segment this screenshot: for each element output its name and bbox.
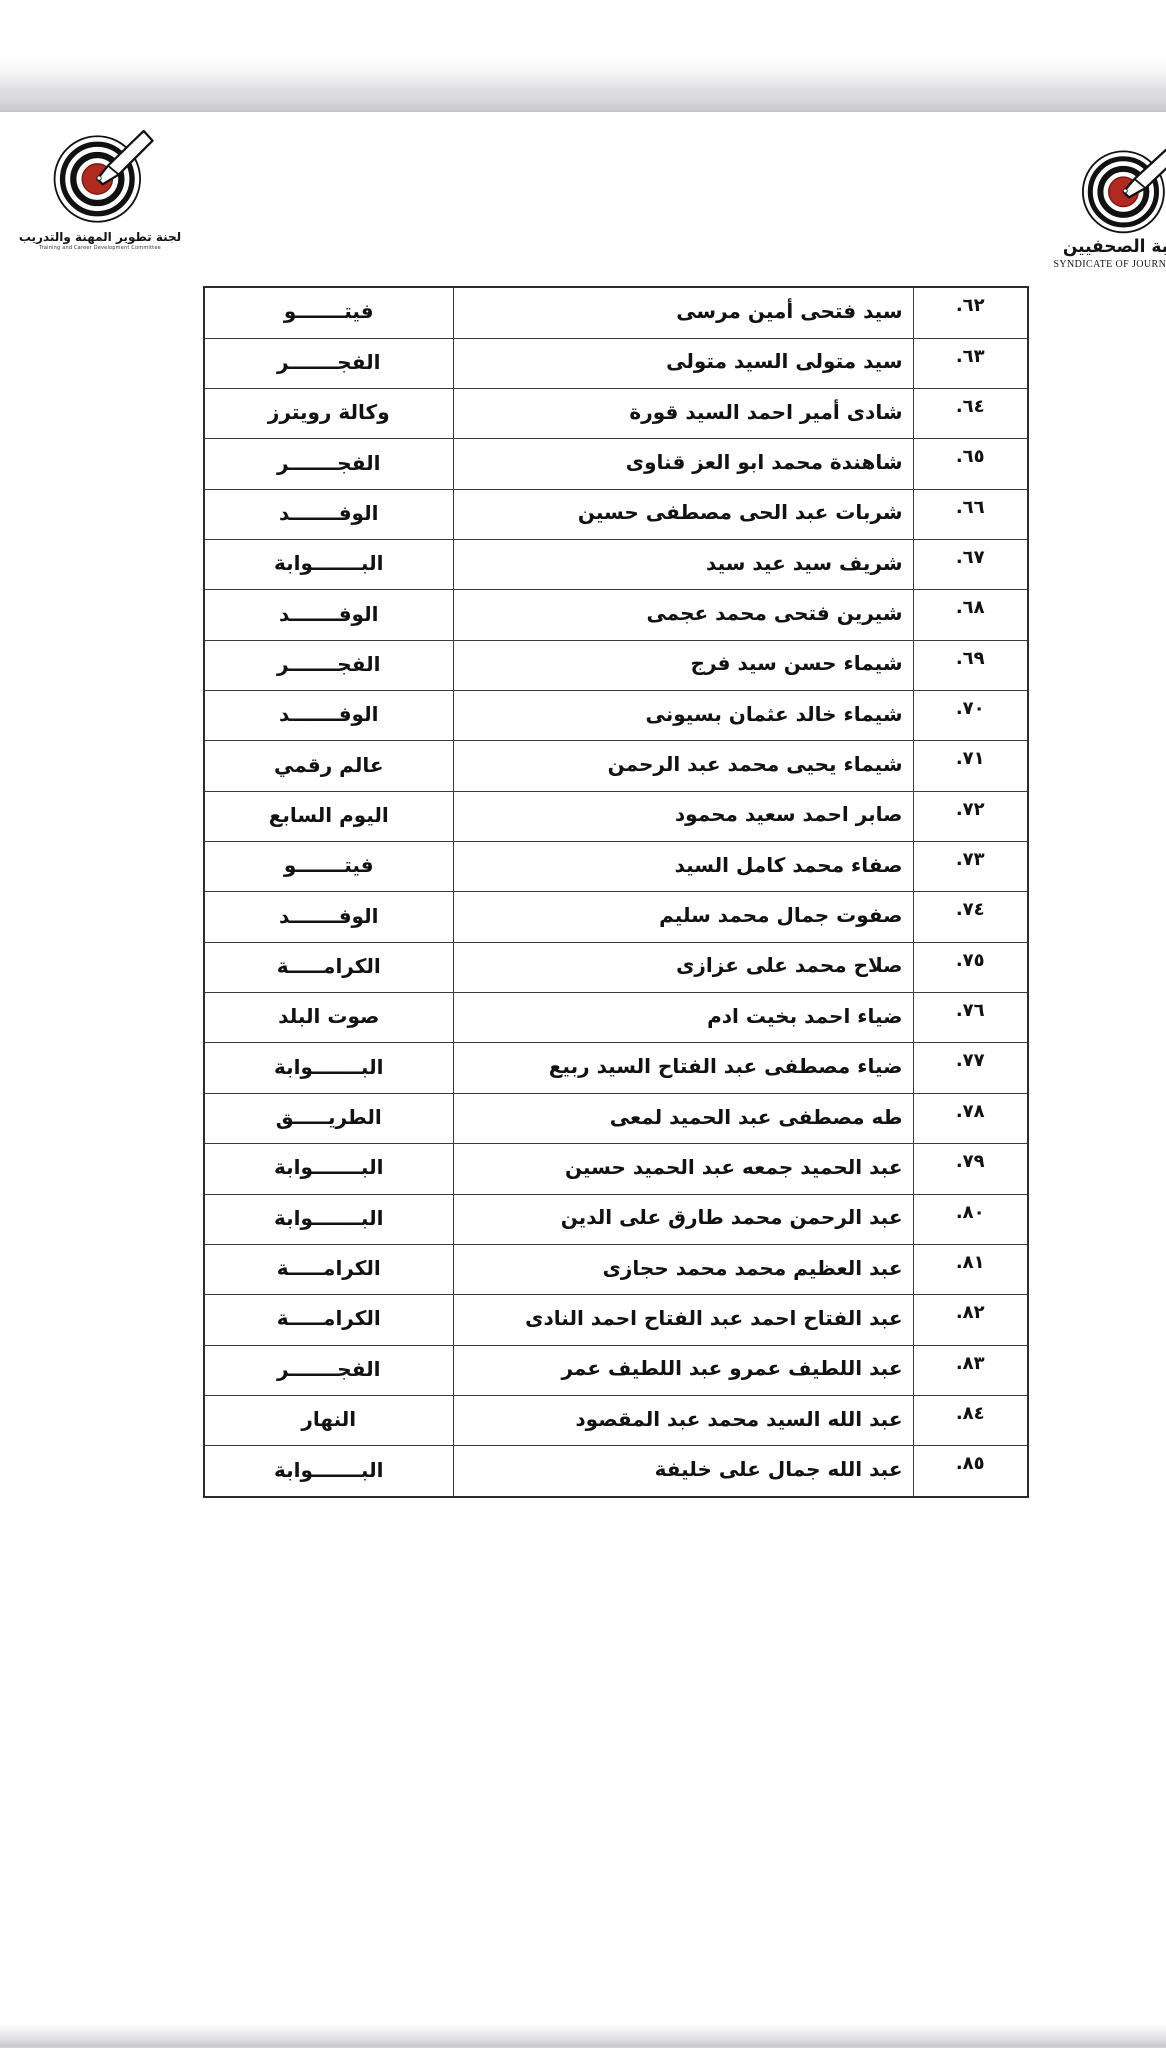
journalist-name: سيد فتحى أمين مرسى bbox=[453, 287, 913, 338]
journalist-name: صفوت جمال محمد سليم bbox=[453, 892, 913, 942]
table-row: ٦٢. سيد فتحى أمين مرسى فيتـــــــو bbox=[204, 287, 1028, 338]
outlet-name: الكرامـــــة bbox=[204, 1295, 453, 1345]
table-row: ٧٦. ضياء احمد بخيت ادم صوت البلد bbox=[204, 993, 1028, 1043]
table-row: ٧٧. ضياء مصطفى عبد الفتاح السيد ربيع الب… bbox=[204, 1043, 1028, 1093]
journalist-name: عبد اللطيف عمرو عبد اللطيف عمر bbox=[453, 1345, 913, 1395]
row-number: ٧٩. bbox=[913, 1144, 1028, 1194]
outlet-name: الكرامـــــة bbox=[204, 1244, 453, 1294]
outlet-name: الفجـــــــر bbox=[204, 439, 453, 489]
journalist-name: عبد الفتاح احمد عبد الفتاح احمد النادى bbox=[453, 1295, 913, 1345]
target-dart-icon bbox=[42, 130, 158, 228]
outlet-name: البـــــــوابة bbox=[204, 1144, 453, 1194]
journalist-name: صفاء محمد كامل السيد bbox=[453, 842, 913, 892]
row-number: ٧٠. bbox=[913, 691, 1028, 741]
journalist-name: شيرين فتحى محمد عجمى bbox=[453, 590, 913, 640]
journalist-name: شريف سيد عيد سيد bbox=[453, 540, 913, 590]
outlet-name: عالم رقمي bbox=[204, 741, 453, 791]
outlet-name: الوفـــــــد bbox=[204, 590, 453, 640]
row-number: ٦٧. bbox=[913, 540, 1028, 590]
table-row: ٧٩. عبد الحميد جمعه عبد الحميد حسين البـ… bbox=[204, 1144, 1028, 1194]
row-number: ٧١. bbox=[913, 741, 1028, 791]
row-number: ٦٦. bbox=[913, 489, 1028, 539]
outlet-name: البـــــــوابة bbox=[204, 1194, 453, 1244]
journalist-name: سيد متولى السيد متولى bbox=[453, 338, 913, 388]
row-number: ٦٨. bbox=[913, 590, 1028, 640]
journalist-name: صلاح محمد على عزازى bbox=[453, 942, 913, 992]
row-number: ٦٥. bbox=[913, 439, 1028, 489]
row-number: ٧٤. bbox=[913, 892, 1028, 942]
target-pen-icon bbox=[1068, 144, 1166, 236]
table-row: ٦٩. شيماء حسن سيد فرج الفجـــــــر bbox=[204, 640, 1028, 690]
row-number: ٨٠. bbox=[913, 1194, 1028, 1244]
row-number: ٧٨. bbox=[913, 1093, 1028, 1143]
row-number: ٨٣. bbox=[913, 1345, 1028, 1395]
outlet-name: الكرامـــــة bbox=[204, 942, 453, 992]
outlet-name: وكالة رويترز bbox=[204, 389, 453, 439]
table-row: ٨٢. عبد الفتاح احمد عبد الفتاح احمد النا… bbox=[204, 1295, 1028, 1345]
journalist-name: عبد العظيم محمد محمد حجازى bbox=[453, 1244, 913, 1294]
journalist-name: شادى أمير احمد السيد قورة bbox=[453, 389, 913, 439]
journalist-name: شيماء يحيى محمد عبد الرحمن bbox=[453, 741, 913, 791]
outlet-name: النهار bbox=[204, 1395, 453, 1445]
row-number: ٦٣. bbox=[913, 338, 1028, 388]
table-row: ٧١. شيماء يحيى محمد عبد الرحمن عالم رقمي bbox=[204, 741, 1028, 791]
syndicate-caption-arabic: نقابة الصحفيين bbox=[1040, 237, 1166, 258]
journalist-name: طه مصطفى عبد الحميد لمعى bbox=[453, 1093, 913, 1143]
outlet-name: فيتـــــــو bbox=[204, 842, 453, 892]
table-row: ٧٢. صابر احمد سعيد محمود اليوم السابع bbox=[204, 791, 1028, 841]
table-row: ٦٣. سيد متولى السيد متولى الفجـــــــر bbox=[204, 338, 1028, 388]
table-row: ٦٥. شاهندة محمد ابو العز قناوى الفجـــــ… bbox=[204, 439, 1028, 489]
journalist-name: شيماء حسن سيد فرج bbox=[453, 640, 913, 690]
outlet-name: الوفـــــــد bbox=[204, 892, 453, 942]
journalist-name: شربات عبد الحى مصطفى حسين bbox=[453, 489, 913, 539]
journalists-table: ٦٢. سيد فتحى أمين مرسى فيتـــــــو ٦٣. س… bbox=[203, 286, 1029, 1498]
row-number: ٧٢. bbox=[913, 791, 1028, 841]
outlet-name: البـــــــوابة bbox=[204, 1043, 453, 1093]
outlet-name: البـــــــوابة bbox=[204, 540, 453, 590]
outlet-name: الطريـــــق bbox=[204, 1093, 453, 1143]
journalist-name: عبد الرحمن محمد طارق على الدين bbox=[453, 1194, 913, 1244]
journalist-name: شيماء خالد عثمان بسيونى bbox=[453, 691, 913, 741]
table-row: ٦٦. شربات عبد الحى مصطفى حسين الوفــــــ… bbox=[204, 489, 1028, 539]
table-row: ٧٨. طه مصطفى عبد الحميد لمعى الطريـــــق bbox=[204, 1093, 1028, 1143]
document-page: لجنة تطوير المهنة والتدريب Training and … bbox=[0, 0, 1166, 2048]
row-number: ٧٥. bbox=[913, 942, 1028, 992]
table-row: ٨٠. عبد الرحمن محمد طارق على الدين البــ… bbox=[204, 1194, 1028, 1244]
table-row: ٦٧. شريف سيد عيد سيد البـــــــوابة bbox=[204, 540, 1028, 590]
journalist-name: عبد الله جمال على خليفة bbox=[453, 1446, 913, 1497]
table-row: ٨٣. عبد اللطيف عمرو عبد اللطيف عمر الفجـ… bbox=[204, 1345, 1028, 1395]
outlet-name: فيتـــــــو bbox=[204, 287, 453, 338]
table-row: ٧٠. شيماء خالد عثمان بسيونى الوفـــــــد bbox=[204, 691, 1028, 741]
journalist-name: عبد الله السيد محمد عبد المقصود bbox=[453, 1395, 913, 1445]
table-row: ٧٤. صفوت جمال محمد سليم الوفـــــــد bbox=[204, 892, 1028, 942]
row-number: ٦٢. bbox=[913, 287, 1028, 338]
journalist-name: ضياء مصطفى عبد الفتاح السيد ربيع bbox=[453, 1043, 913, 1093]
row-number: ٧٧. bbox=[913, 1043, 1028, 1093]
syndicate-logo: نقابة الصحفيين SYNDICATE OF JOURNALISTS bbox=[1040, 144, 1166, 270]
journalist-name: ضياء احمد بخيت ادم bbox=[453, 993, 913, 1043]
committee-caption-english: Training and Career Development Committe… bbox=[15, 245, 185, 251]
outlet-name: الفجـــــــر bbox=[204, 338, 453, 388]
row-number: ٧٦. bbox=[913, 993, 1028, 1043]
row-number: ٦٩. bbox=[913, 640, 1028, 690]
table-row: ٧٥. صلاح محمد على عزازى الكرامـــــة bbox=[204, 942, 1028, 992]
row-number: ٨٢. bbox=[913, 1295, 1028, 1345]
table-row: ٧٣. صفاء محمد كامل السيد فيتـــــــو bbox=[204, 842, 1028, 892]
journalist-name: صابر احمد سعيد محمود bbox=[453, 791, 913, 841]
row-number: ٨٤. bbox=[913, 1395, 1028, 1445]
committee-logo: لجنة تطوير المهنة والتدريب Training and … bbox=[15, 130, 185, 251]
outlet-name: الوفـــــــد bbox=[204, 691, 453, 741]
outlet-name: البـــــــوابة bbox=[204, 1446, 453, 1497]
outlet-name: الوفـــــــد bbox=[204, 489, 453, 539]
journalist-name: عبد الحميد جمعه عبد الحميد حسين bbox=[453, 1144, 913, 1194]
outlet-name: الفجـــــــر bbox=[204, 640, 453, 690]
row-number: ٦٤. bbox=[913, 389, 1028, 439]
page-separator-top bbox=[0, 58, 1166, 112]
journalist-name: شاهندة محمد ابو العز قناوى bbox=[453, 439, 913, 489]
row-number: ٧٣. bbox=[913, 842, 1028, 892]
table-row: ٨٤. عبد الله السيد محمد عبد المقصود النه… bbox=[204, 1395, 1028, 1445]
row-number: ٨٥. bbox=[913, 1446, 1028, 1497]
row-number: ٨١. bbox=[913, 1244, 1028, 1294]
syndicate-caption-english: SYNDICATE OF JOURNALISTS bbox=[1040, 259, 1166, 270]
page-separator-bottom bbox=[0, 2024, 1166, 2048]
table-row: ٨٥. عبد الله جمال على خليفة البـــــــوا… bbox=[204, 1446, 1028, 1497]
table-row: ٨١. عبد العظيم محمد محمد حجازى الكرامـــ… bbox=[204, 1244, 1028, 1294]
outlet-name: صوت البلد bbox=[204, 993, 453, 1043]
committee-caption-arabic: لجنة تطوير المهنة والتدريب bbox=[15, 230, 185, 244]
table-row: ٦٤. شادى أمير احمد السيد قورة وكالة رويت… bbox=[204, 389, 1028, 439]
outlet-name: اليوم السابع bbox=[204, 791, 453, 841]
outlet-name: الفجـــــــر bbox=[204, 1345, 453, 1395]
table-row: ٦٨. شيرين فتحى محمد عجمى الوفـــــــد bbox=[204, 590, 1028, 640]
